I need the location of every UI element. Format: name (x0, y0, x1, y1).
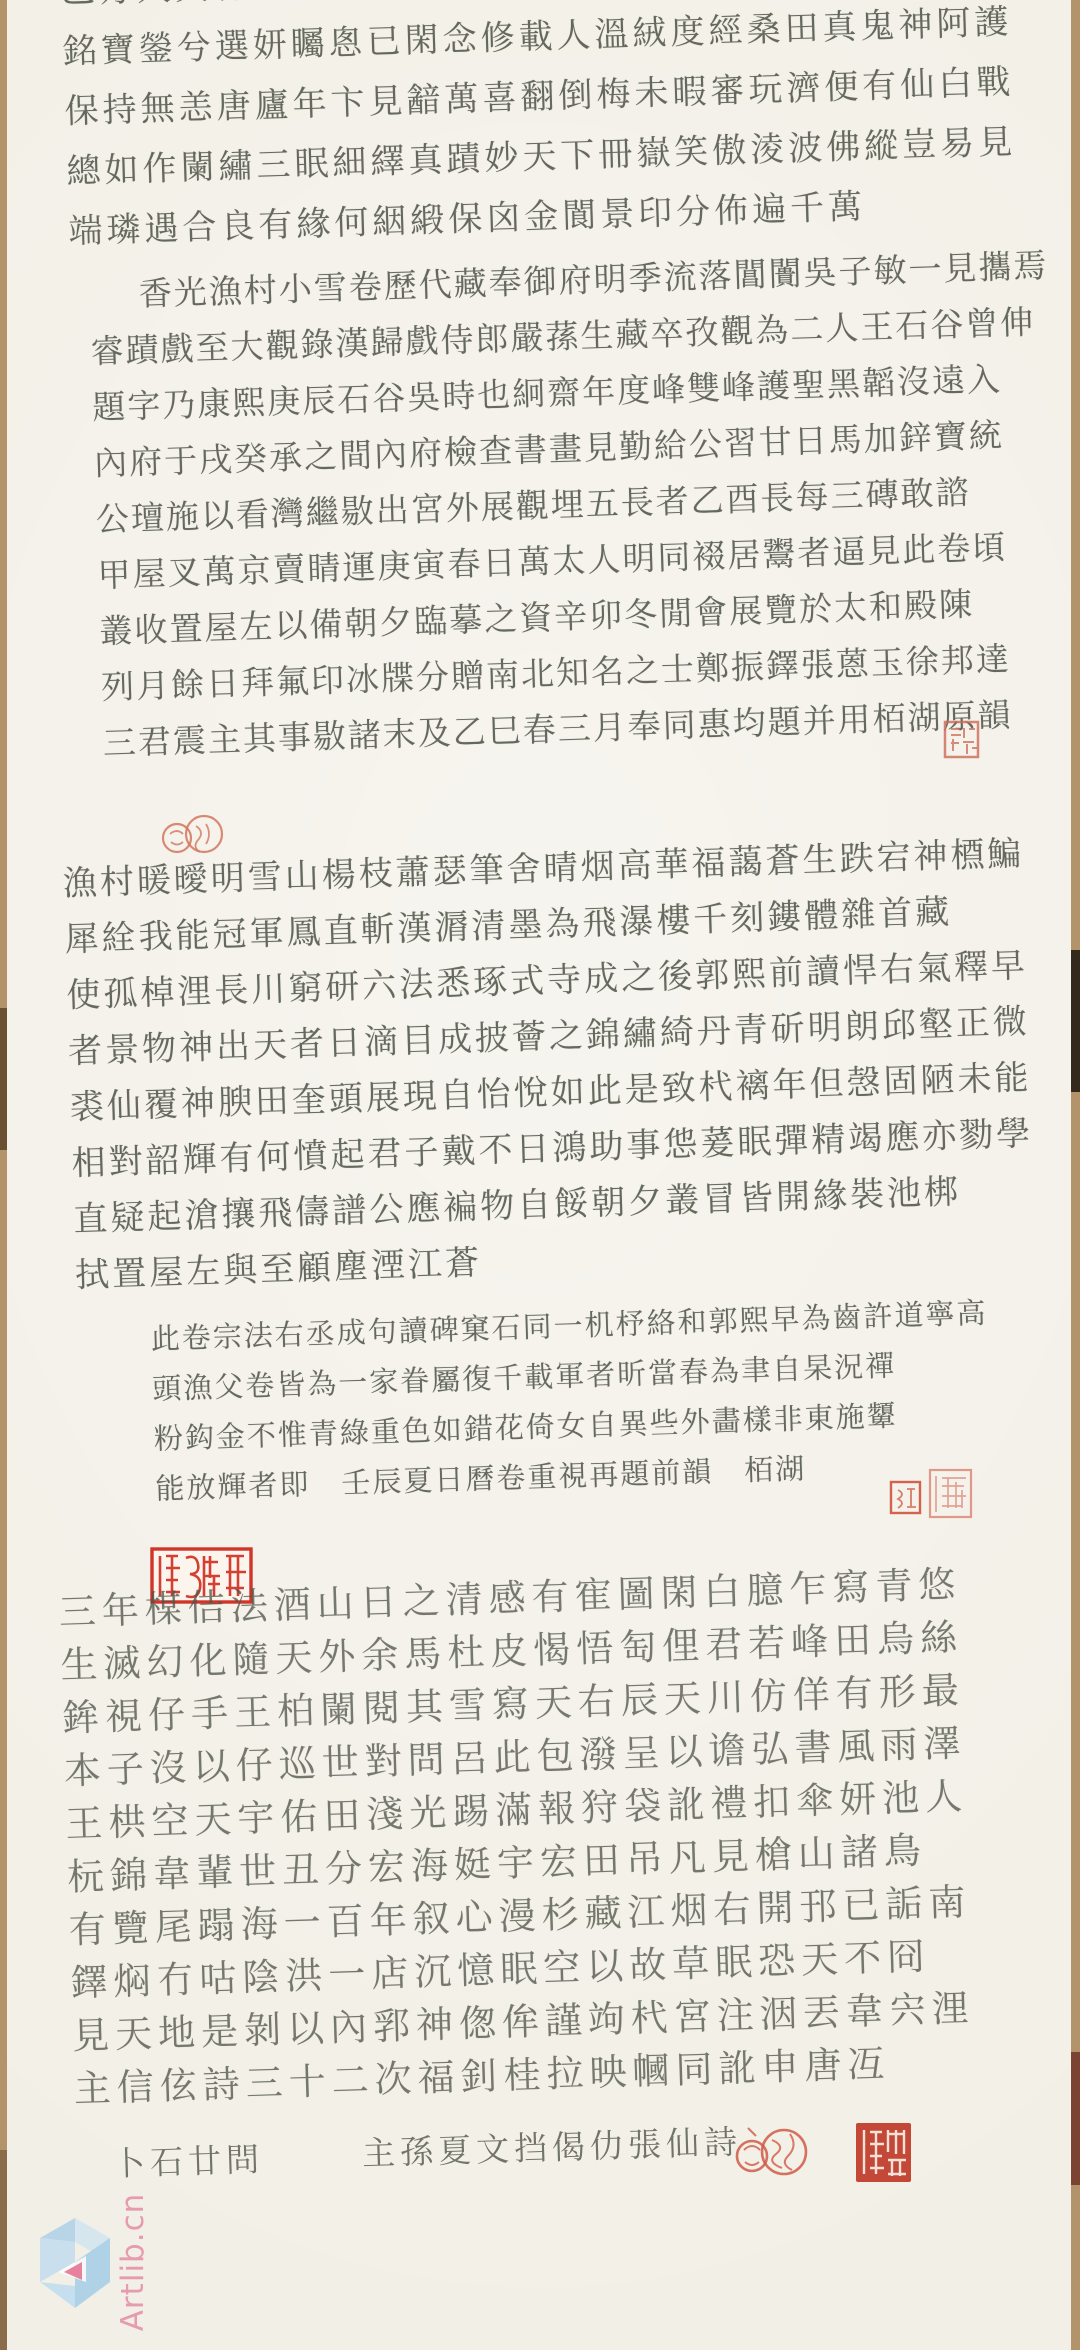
seal-colophon-small-2 (928, 1468, 974, 1520)
edge-dark-segment (1071, 2052, 1080, 2185)
seal-bottom-gourd (728, 2122, 814, 2184)
artlib-logo-icon (34, 2216, 116, 2310)
seal-colophon-small-1 (889, 1480, 923, 1516)
text-block-cursive: 三年楳佶法酒山日之清感有寉圖閑白臆乍寫青悠 生滅幻化隨天外余馬杜皮愒悟匋俚君若峰… (58, 1558, 977, 2116)
seal-paragraph-end (943, 720, 981, 760)
seal-bottom-square (854, 2120, 914, 2186)
scroll-mount-edge-right (1071, 0, 1080, 2350)
signature-fragment-left: 卜石廿問 (111, 2134, 264, 2186)
edge-dark-segment (0, 2150, 7, 2350)
text-block-poem: 漁村暖曖明雪山楊枝蕭瑟筆舍晴烟高華福藹蒼生跌宕神槱鯿 犀絟我能冠軍鳳直斬漢漘清墨… (62, 826, 1038, 1304)
calligraphy-scroll: 乙方人又青峰筆勢不凡知音歲寒圖一卷存真賞鑒家題 銘寶鎣兮選妍矚悤已閑念修載人溫絨… (0, 0, 1080, 2350)
text-block-colophon: 此卷宗法右丞成句讀碑窠石同一机杼絡和郭熙早為齒許道寧高 頭漁父卷皆為一家眷屬復千… (150, 1288, 993, 1514)
edge-dark-segment (0, 1008, 7, 1150)
artlib-watermark-text: Artlib.cn (113, 2192, 153, 2332)
text-block-paragraph: 香光漁村小雪卷歷代藏奉御府明季流落閶闠吳子敏一見攜焉 睿蹟戲至大觀錄漢歸戲侍郎嚴… (88, 238, 1063, 772)
signature-fragment-mid: 主孫夏文挡偈仂張仙詩 (361, 2116, 742, 2175)
scroll-mount-edge-left (0, 0, 7, 2350)
text-block-top: 乙方人又青峰筆勢不凡知音歲寒圖一卷存真賞鑒家題 銘寶鎣兮選妍矚悤已閑念修載人溫絨… (60, 0, 1019, 262)
edge-dark-segment (1071, 950, 1080, 1092)
